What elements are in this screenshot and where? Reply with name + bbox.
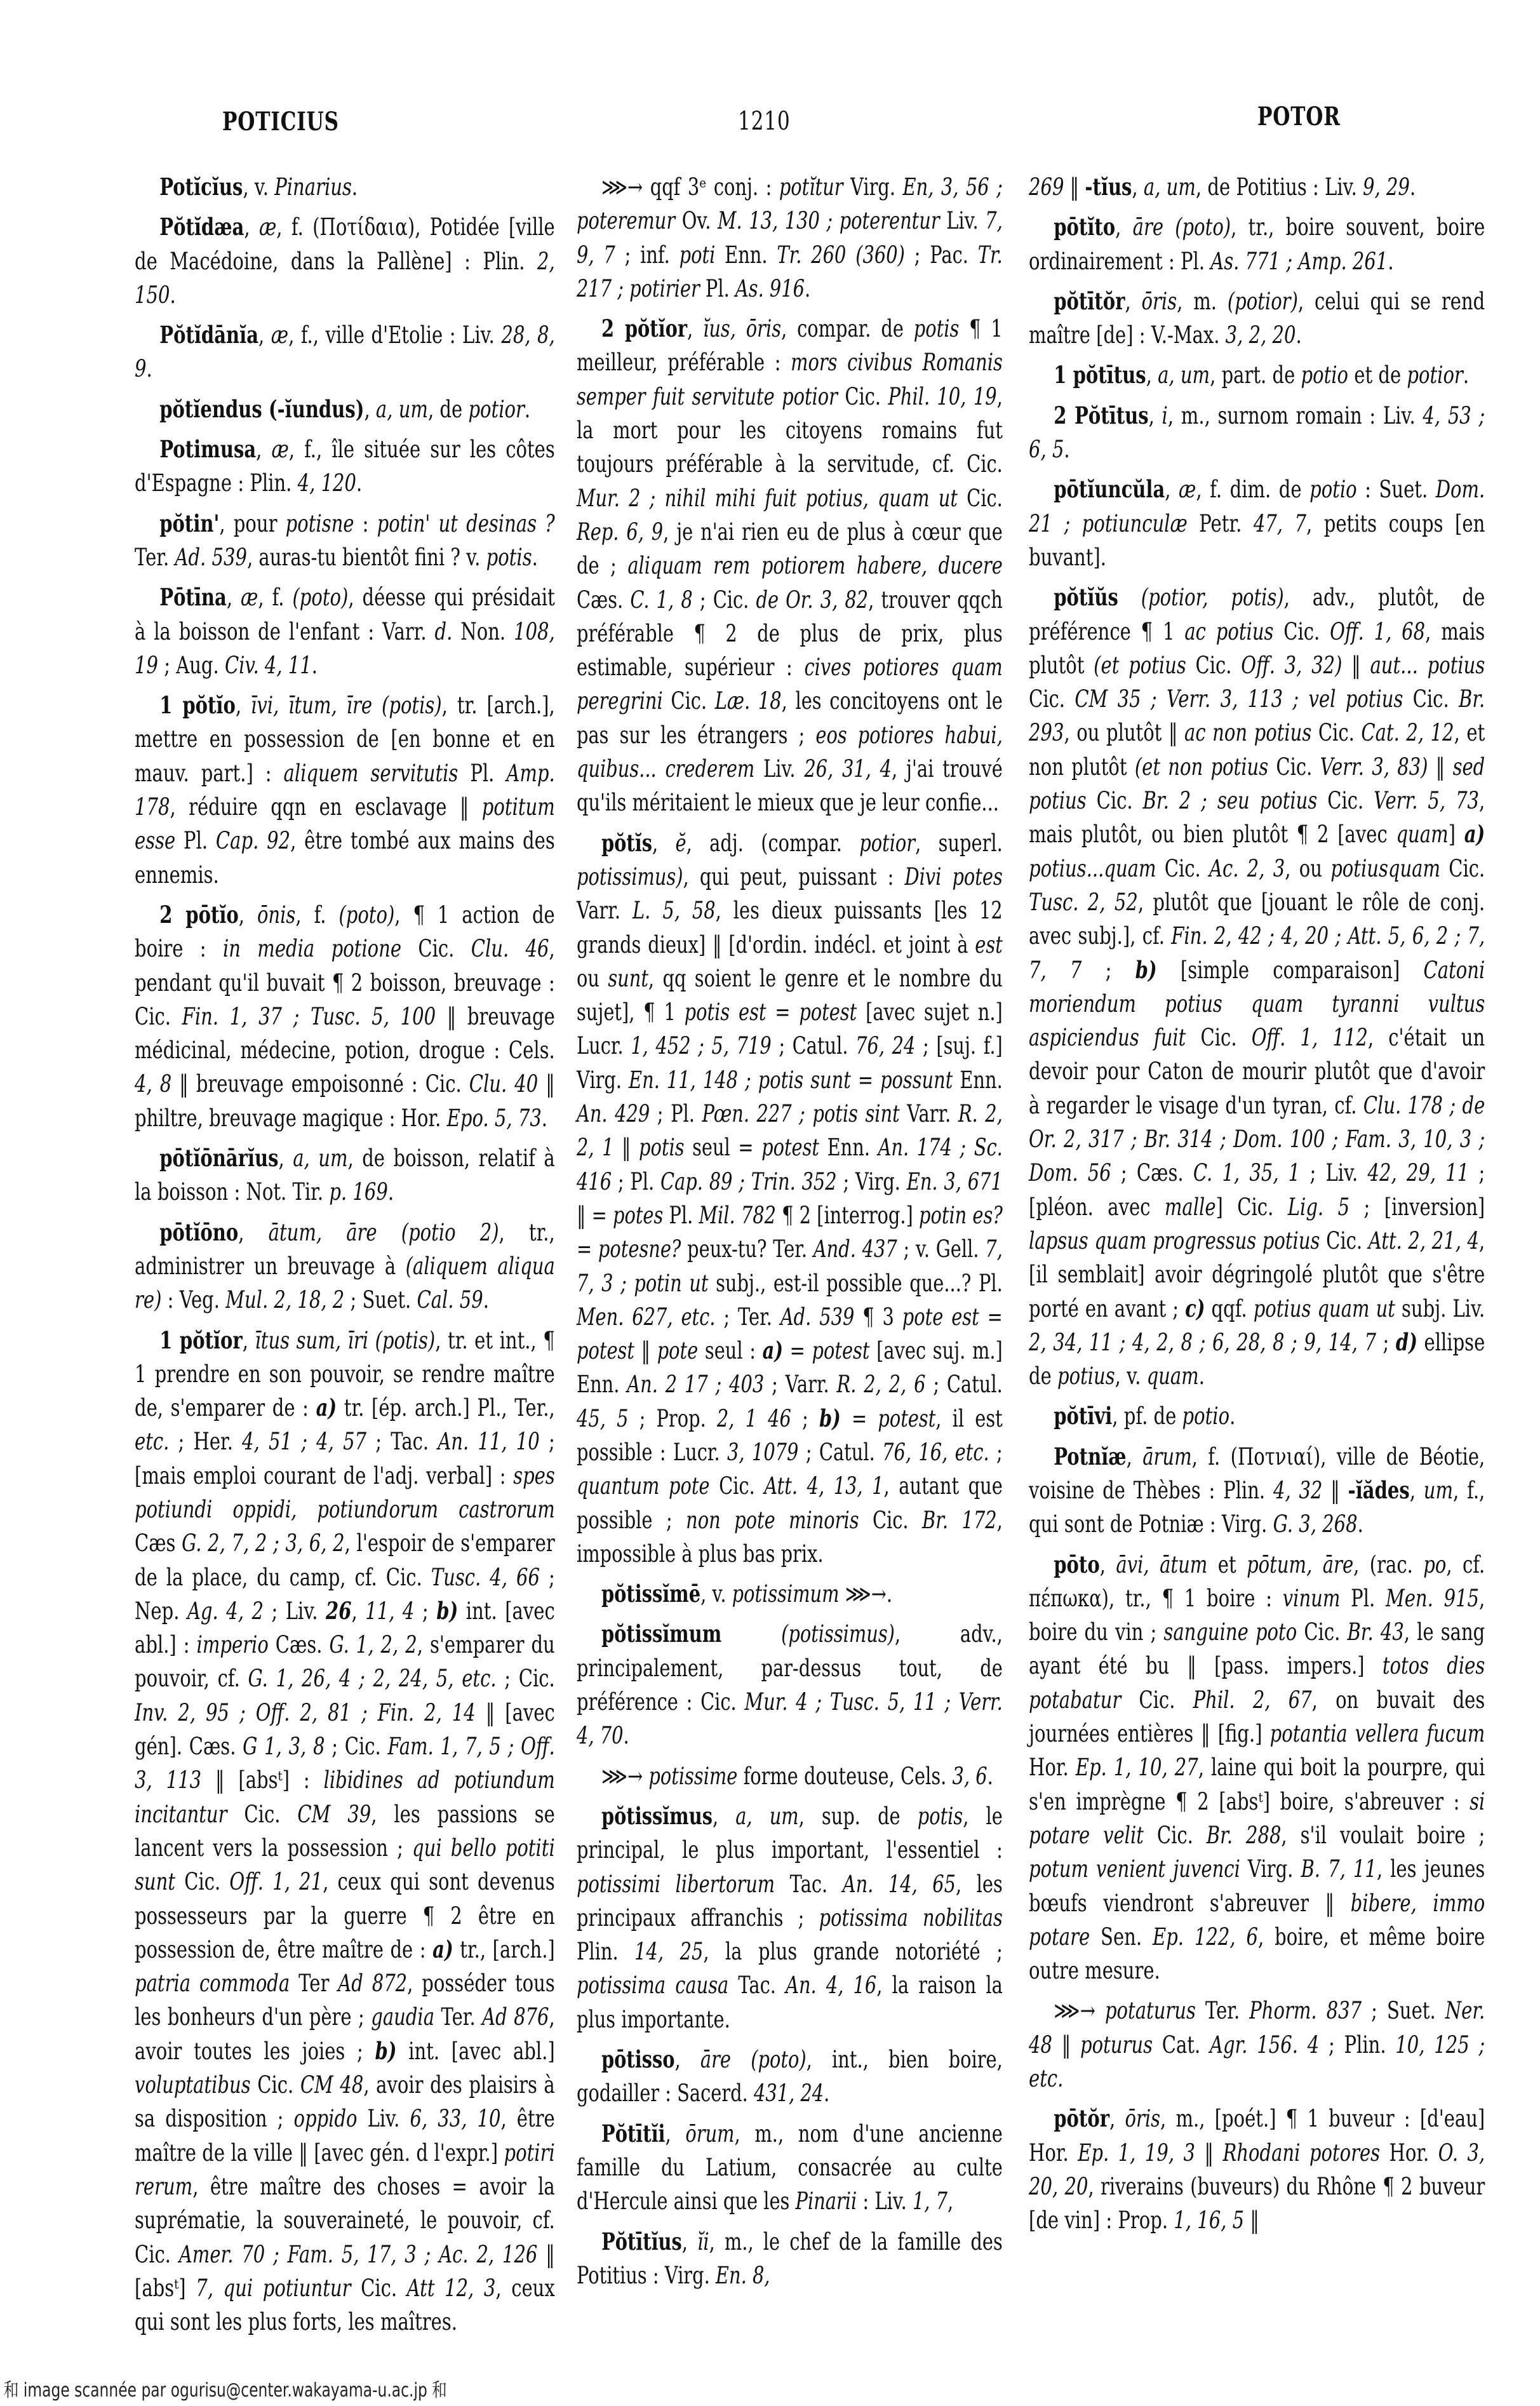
dictionary-entry: pŏtĭŭs (potior, potis), adv., plutôt, de… — [1029, 581, 1485, 1393]
dictionary-entry: pŏtītŏr, ōris, m. (potior), celui qui se… — [1029, 285, 1485, 353]
dictionary-entry: pŏtissĭmē, v. potissimum ⋙→. — [577, 1577, 1003, 1611]
dictionary-entry: Pŏtĭdānĭa, æ, f., ville d'Etolie : Liv. … — [135, 318, 555, 386]
dictionary-entry: 1 pŏtĭor, ītus sum, īri (potis), tr. et … — [135, 1324, 555, 2339]
dictionary-entry: pŏtin', pour potisne : potin' ut desinas… — [135, 507, 555, 575]
dictionary-entry: pŏtissĭmus, a, um, sup. de potis, le pri… — [577, 1799, 1003, 2036]
dictionary-entry: Pŏtĭdæa, æ, f. (Ποτίδαια), Potidée [vill… — [135, 210, 555, 312]
dictionary-entry: pōto, āvi, ātum et pōtum, āre, (rac. po,… — [1029, 1548, 1485, 1988]
dictionary-entry: pōtisso, āre (poto), int., bien boire, g… — [577, 2043, 1003, 2111]
running-head-right: POTOR — [1257, 102, 1341, 131]
column-left: Potĭcĭus, v. Pinarius.Pŏtĭdæa, æ, f. (Πο… — [135, 170, 555, 2345]
dictionary-entry: pŏtĭs, ĕ, adj. (compar. potior, superl. … — [577, 826, 1003, 1571]
dictionary-entry: pŏtĭendus (-ĭundus), a, um, de potior. — [135, 393, 555, 426]
dictionary-entry: pōtĭto, āre (poto), tr., boire souvent, … — [1029, 210, 1485, 278]
dictionary-entry: pōtĭōno, ātum, āre (potio 2), tr., admin… — [135, 1216, 555, 1317]
page-number: 1210 — [738, 107, 791, 136]
dictionary-entry: 269 ‖ -tĭus, a, um, de Potitius : Liv. 9… — [1029, 170, 1485, 204]
dictionary-entry: Potnĭæ, ārum, f. (Ποτνιαί), ville de Béo… — [1029, 1440, 1485, 1542]
dictionary-entry: 1 pŏtĭo, īvi, ītum, īre (potis), tr. [ar… — [135, 689, 555, 892]
dictionary-entry: ⋙→ potaturus Ter. Phorm. 837 ; Suet. Ner… — [1029, 1994, 1485, 2095]
running-head-left: POTICIUS — [222, 107, 339, 137]
dictionary-entry: Potimusa, æ, f., île située sur les côte… — [135, 433, 555, 501]
dictionary-entry: Potĭcĭus, v. Pinarius. — [135, 170, 555, 204]
dictionary-entry: pōtĭōnārĭus, a, um, de boisson, relatif … — [135, 1141, 555, 1209]
dictionary-entry: pōtŏr, ōris, m., [poét.] ¶ 1 buveur : [d… — [1029, 2102, 1485, 2237]
dictionary-entry: 2 pŏtĭor, ĭus, ōris, compar. de potis ¶ … — [577, 312, 1003, 819]
dictionary-entry: 2 Pŏtītus, i, m., surnom romain : Liv. 4… — [1029, 399, 1485, 467]
dictionary-entry: Pōtīna, æ, f. (poto), déesse qui présida… — [135, 581, 555, 682]
column-right: 269 ‖ -tĭus, a, um, de Potitius : Liv. 9… — [1029, 170, 1485, 2244]
column-middle: ⋙→ qqf 3ᵉ conj. : potĭtur Virg. En, 3, 5… — [577, 170, 1003, 2299]
dictionary-entry: Pŏtītĭi, ōrum, m., nom d'une ancienne fa… — [577, 2117, 1003, 2219]
dictionary-entry: ⋙→ qqf 3ᵉ conj. : potĭtur Virg. En, 3, 5… — [577, 170, 1003, 306]
dictionary-entry: 2 pōtĭo, ōnis, f. (poto), ¶ 1 action de … — [135, 898, 555, 1135]
dictionary-entry: pŏtissĭmum (potissimus), adv., principal… — [577, 1617, 1003, 1752]
scan-credit-footer: 和 image scannée par ogurisu@center.wakay… — [4, 2374, 447, 2402]
dictionary-entry: pŏtīvi, pf. de potio. — [1029, 1399, 1485, 1433]
dictionary-entry: Pŏtītĭus, ĭi, m., le chef de la famille … — [577, 2225, 1003, 2293]
dictionary-entry: ⋙→ potissime forme douteuse, Cels. 3, 6. — [577, 1759, 1003, 1793]
dictionary-entry: pōtĭuncŭla, æ, f. dim. de potio : Suet. … — [1029, 473, 1485, 574]
dictionary-entry: 1 pŏtītus, a, um, part. de potio et de p… — [1029, 358, 1485, 392]
